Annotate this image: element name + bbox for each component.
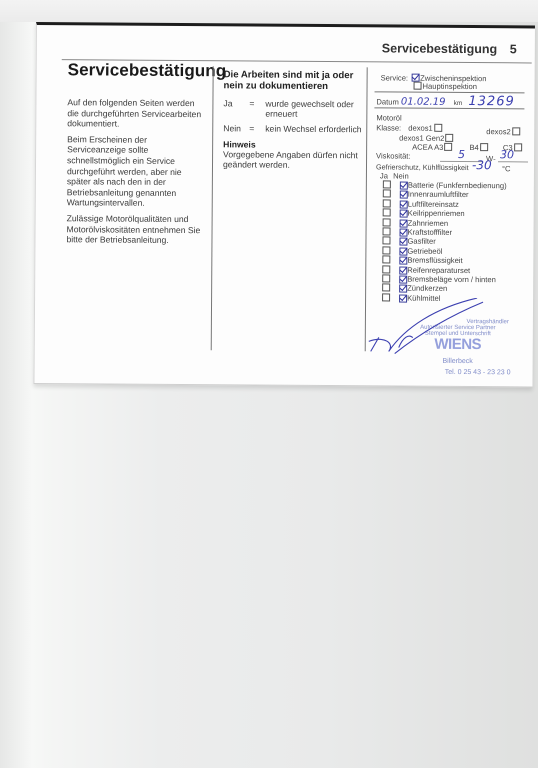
checkbox-ja[interactable]	[383, 190, 391, 198]
oil-class-gen2: dexos1 Gen2	[399, 134, 454, 143]
maintenance-item: Bremsbeläge vorn / hinten	[381, 274, 496, 284]
running-title: Servicebestätigung	[382, 41, 497, 56]
viscosity-underline	[498, 161, 528, 162]
maintenance-item-label: Kraftstofffilter	[408, 228, 453, 237]
maintenance-item-label: Luftfiltereinsatz	[408, 199, 459, 208]
date-value[interactable]: 01.02.19	[401, 97, 446, 108]
checkbox-dexos1-gen2[interactable]	[445, 134, 453, 142]
viscosity-high-value[interactable]: 30	[500, 148, 514, 161]
maintenance-item-label: Innenraumluftfilter	[408, 190, 469, 199]
oil-class-row: Klasse: dexos1	[376, 123, 443, 132]
checkbox-ja[interactable]	[383, 180, 391, 188]
note-text: Vorgegebene Angaben dürfen nicht geänder…	[223, 149, 363, 170]
maintenance-item: Keilrippenriemen	[382, 209, 465, 219]
checkbox-hauptinspektion[interactable]	[414, 82, 422, 90]
maintenance-item-label: Batterie (Funkfernbedienung)	[408, 181, 507, 191]
maintenance-item: Zahnriemen	[382, 218, 449, 227]
legend-nein: Nein = kein Wechsel erforderlich	[223, 123, 363, 134]
service-type-row-2: Hauptinspektion	[413, 82, 478, 91]
intro-paragraph: Zulässige Motorölqualitäten und Motorölv…	[66, 213, 206, 246]
viscosity-row: Viskosität:	[376, 151, 411, 160]
maintenance-item: Luftfiltereinsatz	[382, 199, 459, 209]
maintenance-item-label: Zündkerzen	[407, 284, 447, 293]
km-value[interactable]: 13269	[468, 94, 514, 109]
service-form: Service: Zwischeninspektion Hauptinspekt…	[375, 67, 535, 68]
maintenance-item-label: Zahnriemen	[408, 218, 449, 227]
intro-text: Auf den folgenden Seiten werden die durc…	[66, 97, 207, 251]
maintenance-item: Zündkerzen	[381, 284, 447, 293]
maintenance-item: Bremsflüssigkeit	[381, 256, 462, 266]
form-rule	[374, 107, 524, 109]
checkbox-zwischeninspektion[interactable]	[411, 74, 419, 82]
maintenance-item-label: Getriebeöl	[407, 246, 442, 255]
checkbox-ja[interactable]	[382, 246, 390, 254]
oil-class-dexos2: dexos2	[486, 127, 521, 136]
instructions-heading: Die Arbeiten sind mit ja oder nein zu do…	[224, 69, 364, 92]
checkbox-c3[interactable]	[514, 143, 522, 151]
checkbox-nein[interactable]	[399, 257, 407, 265]
checkbox-b4[interactable]	[480, 143, 488, 151]
scan-top-margin	[0, 0, 538, 22]
maintenance-item-label: Reifenreparaturset	[407, 265, 470, 274]
booklet-page: Servicebestätigung 5 Servicebestätigung …	[33, 22, 535, 387]
checkbox-ja[interactable]	[382, 284, 390, 292]
maintenance-item: Innenraumluftfilter	[382, 190, 469, 200]
checkbox-ja[interactable]	[383, 218, 391, 226]
instructions: Die Arbeiten sind mit ja oder nein zu do…	[223, 69, 364, 170]
page-title: Servicebestätigung	[68, 60, 227, 81]
column-divider	[211, 66, 214, 350]
maintenance-items: Batterie (Funkfernbedienung)Innenraumluf…	[375, 67, 535, 68]
antifreeze-value[interactable]: -30	[472, 158, 492, 172]
maintenance-item: Reifenreparaturset	[381, 265, 470, 275]
legend-ja: Ja = wurde gewechselt oder erneuert	[223, 98, 363, 119]
maintenance-item: Getriebeöl	[381, 246, 442, 255]
page-number: 5	[510, 42, 517, 56]
checkbox-dexos2[interactable]	[512, 127, 520, 135]
checkbox-ja[interactable]	[382, 256, 390, 264]
checkbox-ja[interactable]	[383, 227, 391, 235]
maintenance-item-label: Keilrippenriemen	[408, 209, 465, 218]
maintenance-item-label: Bremsbeläge vorn / hinten	[407, 275, 496, 285]
checkbox-ja[interactable]	[382, 265, 390, 273]
maintenance-item: Batterie (Funkfernbedienung)	[382, 180, 507, 190]
intro-paragraph: Beim Erscheinen der Serviceanzeige sollt…	[67, 134, 208, 209]
checkbox-ja[interactable]	[382, 237, 390, 245]
checkbox-ja[interactable]	[383, 209, 391, 217]
maintenance-item-label: Gasfilter	[407, 237, 435, 246]
checkbox-dexos1[interactable]	[434, 124, 442, 132]
maintenance-item-label: Bremsflüssigkeit	[407, 256, 462, 265]
maintenance-item: Kraftstofffilter	[382, 227, 453, 236]
checkbox-ja[interactable]	[382, 274, 390, 282]
checkbox-nein[interactable]	[400, 210, 408, 218]
checkbox-acea-a3[interactable]	[444, 143, 452, 151]
checkbox-ja[interactable]	[383, 199, 391, 207]
intro-paragraph: Auf den folgenden Seiten werden die durc…	[67, 97, 207, 130]
signature	[365, 297, 485, 358]
motoroil-label: Motoröl	[376, 113, 401, 122]
maintenance-item: Gasfilter	[381, 237, 435, 246]
viscosity-low-value[interactable]: 5	[458, 148, 465, 161]
